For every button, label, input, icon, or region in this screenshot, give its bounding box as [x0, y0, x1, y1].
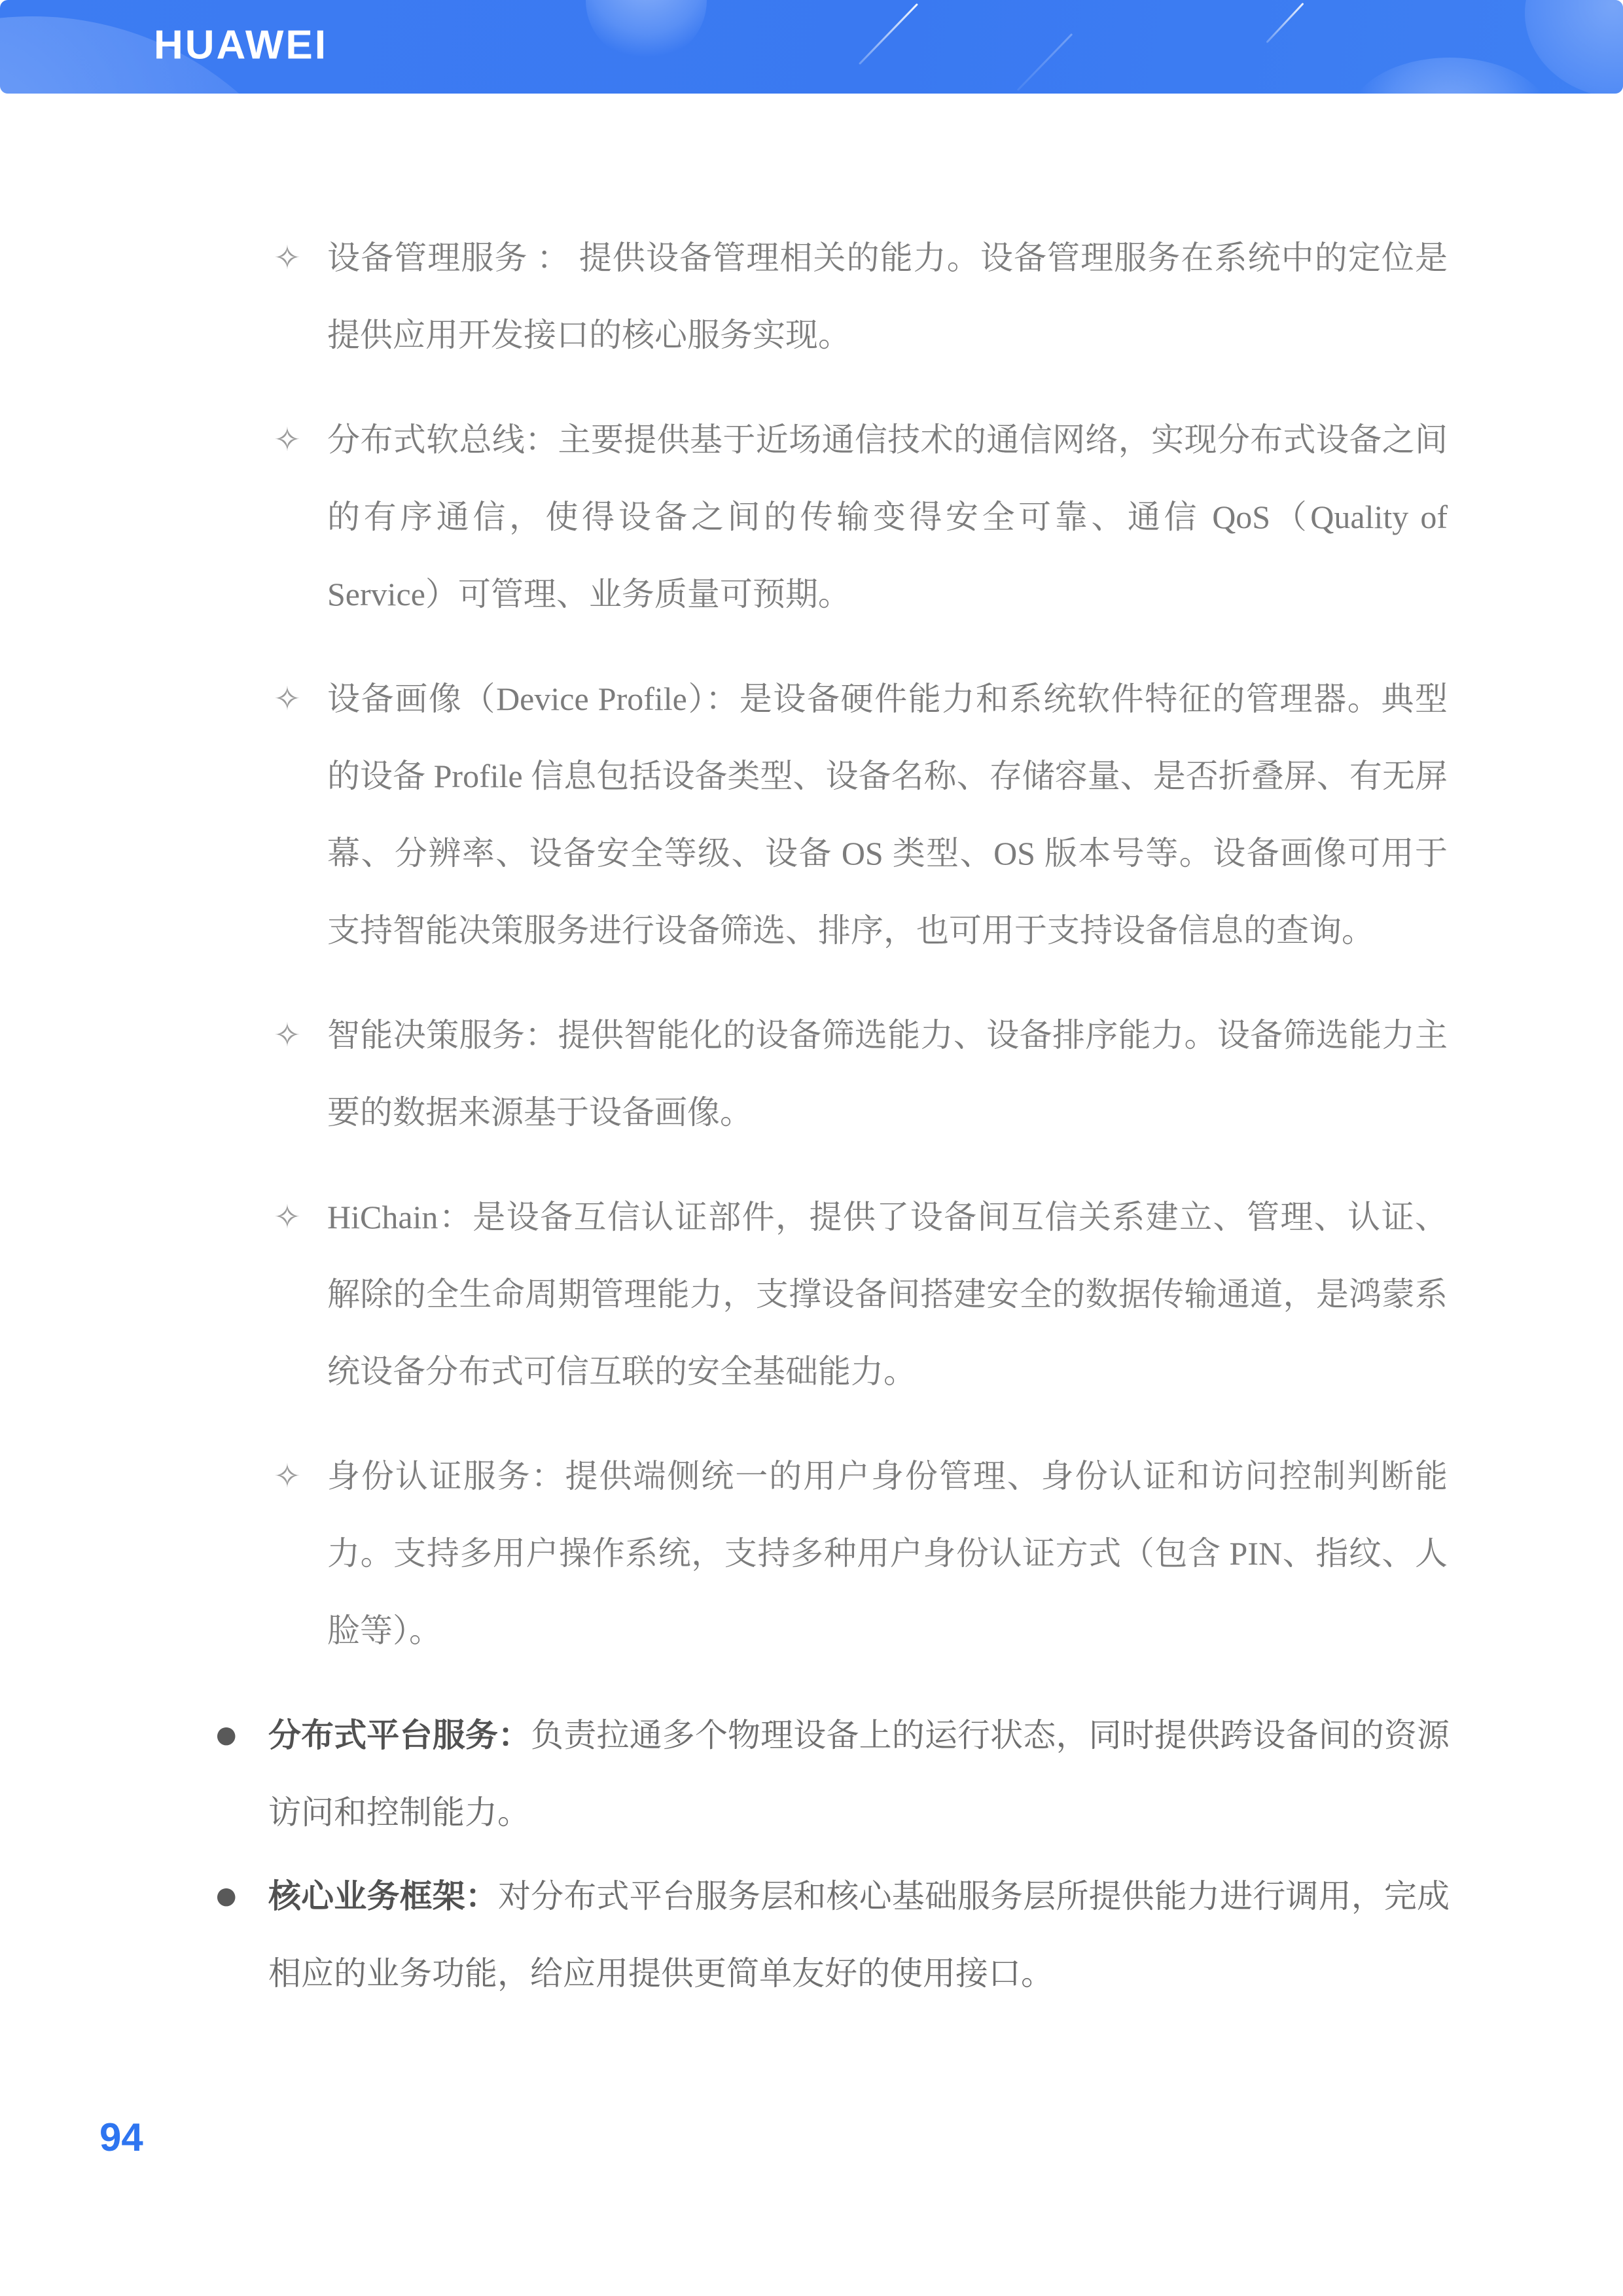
list-item-text: 身份认证服务：提供端侧统一的用户身份管理、身份认证和访问控制判断能力。支持多用户…: [327, 1438, 1448, 1669]
list-item: ✧ 身份认证服务：提供端侧统一的用户身份管理、身份认证和访问控制判断能力。支持多…: [0, 1438, 1623, 1669]
diamond-bullet-icon: ✧: [274, 1438, 327, 1515]
decorative-blob-top-center: [586, 0, 707, 61]
list-item-text: 核心业务框架：对分布式平台服务层和核心基础服务层所提供能力进行调用，完成相应的业…: [268, 1858, 1450, 2012]
diamond-bullet-icon: ✧: [274, 1178, 327, 1256]
document-page: { "header": { "brand": "HUAWEI" }, "cont…: [0, 0, 1623, 2296]
list-item: ✧ 分布式软总线：主要提供基于近场通信技术的通信网络，实现分布式设备之间的有序通…: [0, 401, 1623, 633]
list-item-text: 分布式软总线：主要提供基于近场通信技术的通信网络，实现分布式设备之间的有序通信，…: [327, 401, 1448, 633]
list-item: ✧ 智能决策服务：提供智能化的设备筛选能力、设备排序能力。设备筛选能力主要的数据…: [0, 997, 1623, 1151]
list-item: ✧ 设备画像（Device Profile）：是设备硬件能力和系统软件特征的管理…: [0, 660, 1623, 969]
list-item: ● 核心业务框架：对分布式平台服务层和核心基础服务层所提供能力进行调用，完成相应…: [0, 1858, 1623, 2012]
decorative-diagonal-line: [1266, 3, 1304, 43]
circle-bullet-icon: ●: [216, 1858, 268, 1935]
document-body: ✧ 设备管理服务 ： 提供设备管理相关的能力。设备管理服务在系统中的定位是提供应…: [0, 94, 1623, 2019]
list-item-label: 核心业务框架：: [268, 1878, 498, 1915]
list-item-text: 智能决策服务：提供智能化的设备筛选能力、设备排序能力。设备筛选能力主要的数据来源…: [327, 997, 1448, 1151]
diamond-bullet-icon: ✧: [274, 997, 327, 1074]
decorative-blob-top-right: [1525, 0, 1623, 94]
diamond-bullet-icon: ✧: [274, 401, 327, 478]
list-item-text: HiChain：是设备互信认证部件，提供了设备间互信关系建立、管理、认证、解除的…: [327, 1178, 1448, 1410]
page-number: 94: [99, 2115, 143, 2160]
list-item: ● 分布式平台服务：负责拉通多个物理设备上的运行状态，同时提供跨设备间的资源访问…: [0, 1697, 1623, 1851]
list-item-text: 分布式平台服务：负责拉通多个物理设备上的运行状态，同时提供跨设备间的资源访问和控…: [268, 1697, 1450, 1851]
decorative-diagonal-line: [859, 3, 918, 65]
list-item-text: 设备管理服务 ： 提供设备管理相关的能力。设备管理服务在系统中的定位是提供应用开…: [327, 219, 1448, 374]
list-item: ✧ 设备管理服务 ： 提供设备管理相关的能力。设备管理服务在系统中的定位是提供应…: [0, 219, 1623, 374]
decorative-blob-bottom-right: [1348, 58, 1551, 94]
page-header-banner: HUAWEI: [0, 0, 1623, 94]
diamond-bullet-icon: ✧: [274, 219, 327, 296]
list-item-label: 分布式平台服务：: [268, 1717, 531, 1754]
list-item-text: 设备画像（Device Profile）：是设备硬件能力和系统软件特征的管理器。…: [327, 660, 1448, 969]
decorative-diagonal-line: [1017, 33, 1073, 91]
list-item: ✧ HiChain：是设备互信认证部件，提供了设备间互信关系建立、管理、认证、解…: [0, 1178, 1623, 1410]
circle-bullet-icon: ●: [216, 1697, 268, 1774]
huawei-logo: HUAWEI: [154, 22, 328, 68]
diamond-bullet-icon: ✧: [274, 660, 327, 737]
